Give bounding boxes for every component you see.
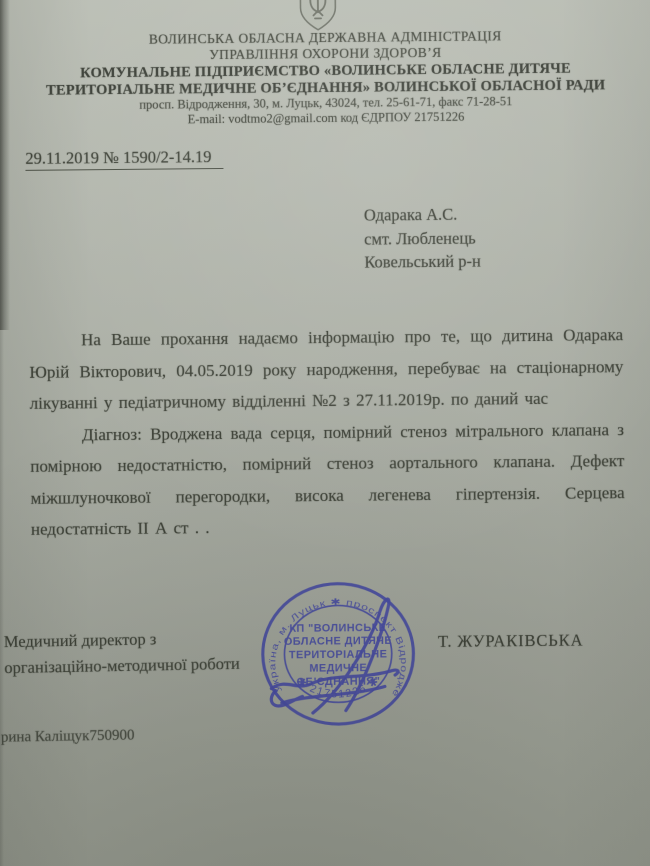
body-line: недостатність ІІ А ст . . bbox=[31, 508, 625, 545]
photographed-document: ВОЛИНСЬКА ОБЛАСНА ДЕРЖАВНА АДМІНІСТРАЦІЯ… bbox=[0, 0, 650, 866]
addressee-district: Ковельський р-н bbox=[364, 249, 481, 274]
addressee-settlement: смт. Любленець bbox=[364, 226, 481, 251]
ukraine-trident-emblem-icon bbox=[295, 0, 341, 32]
reference-number: 29.11.2019 № 1590/2-14.19 bbox=[25, 147, 223, 171]
letterhead: ВОЛИНСЬКА ОБЛАСНА ДЕРЖАВНА АДМІНІСТРАЦІЯ… bbox=[24, 27, 627, 129]
addressee-name: Одарака А.С. bbox=[364, 202, 481, 227]
signer-title: Медичний директор з організаційно-методи… bbox=[4, 625, 240, 681]
signer-name: Т. ЖУРАКІВСЬКА bbox=[438, 631, 584, 652]
body-line: На Ваше прохання надаємо інформацію про … bbox=[29, 319, 623, 356]
addressee-block: Одарака А.С. смт. Любленець Ковельський … bbox=[364, 202, 481, 274]
footer-note: рина Каліщук750900 bbox=[1, 727, 135, 746]
body-line: помірною недостатністю, помірний стеноз … bbox=[30, 445, 624, 482]
body-line: міжшлуночкової перегородки, висока леген… bbox=[30, 477, 624, 514]
signer-title-line2: організаційно-методичної роботи bbox=[4, 651, 240, 681]
stamp-center-line4: МЕДИЧНЕ bbox=[309, 662, 367, 675]
round-stamp: Україна, м. Луцьк ✱ проспект Відродження… bbox=[237, 555, 439, 757]
reference-number-line: 29.11.2019 № 1590/2-14.19 bbox=[25, 147, 223, 169]
letter-body: На Ваше прохання надаємо інформацію про … bbox=[29, 319, 625, 545]
document-page: ВОЛИНСЬКА ОБЛАСНА ДЕРЖАВНА АДМІНІСТРАЦІЯ… bbox=[0, 0, 650, 866]
body-line: лікуванні у педіатричному відділенні №2 … bbox=[30, 382, 624, 419]
